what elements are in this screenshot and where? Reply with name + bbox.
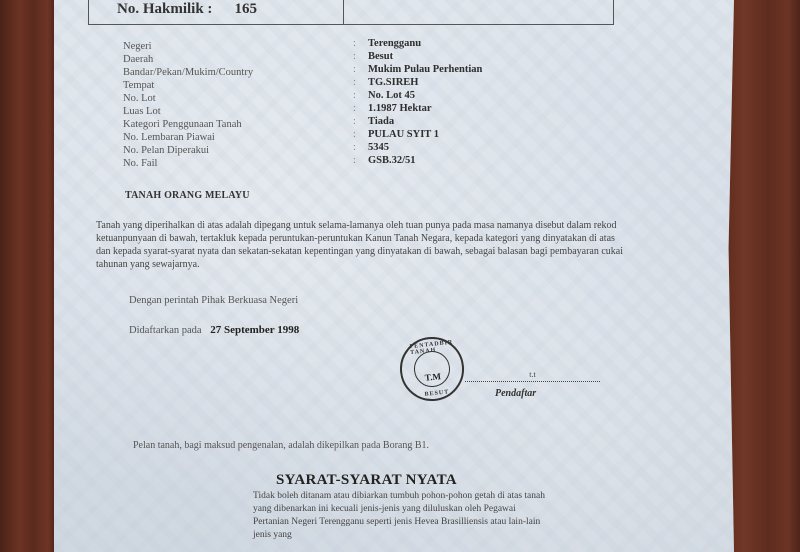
detail-value: Terengganu: [368, 38, 421, 49]
detail-row: No. Pelan Diperakui:5345: [123, 142, 543, 155]
authority-line: Dengan perintah Pihak Berkuasa Negeri: [129, 295, 298, 306]
detail-row: No. Lembaran Piawai:PULAU SYIT 1: [123, 129, 543, 142]
detail-colon: :: [353, 103, 356, 114]
detail-value: TG.SIREH: [368, 77, 418, 88]
detail-value: No. Lot 45: [368, 90, 415, 101]
detail-colon: :: [353, 90, 356, 101]
detail-colon: :: [353, 77, 356, 88]
detail-row: Daerah:Besut: [123, 51, 543, 64]
detail-row: Negeri:Terengganu: [123, 38, 543, 51]
registrar-label: Pendaftar: [495, 388, 536, 399]
detail-colon: :: [353, 38, 356, 49]
detail-colon: :: [353, 64, 356, 75]
plan-note: Pelan tanah, bagi maksud pengenalan, ada…: [133, 440, 429, 451]
detail-label: No. Fail: [123, 158, 157, 169]
title-number-value: 165: [234, 1, 257, 18]
detail-value: GSB.32/51: [368, 155, 416, 166]
detail-colon: :: [353, 155, 356, 166]
title-header-box: No. Hakmilik : 165 Cukai Tahunan : RM12.…: [88, 0, 614, 25]
detail-row: Tempat:TG.SIREH: [123, 77, 543, 90]
registration-label: Didaftarkan pada: [129, 325, 202, 336]
conditions-title: SYARAT-SYARAT NYATA: [276, 472, 457, 489]
signature-line: t.t: [465, 374, 600, 382]
stamp-top-text: PENTADBIR TANAH: [409, 339, 460, 356]
stamp-bottom-text: BESUT: [424, 389, 449, 398]
detail-value: Tiada: [368, 116, 394, 127]
annual-tax-text: Cukai Tahunan : RM12.00: [370, 0, 541, 4]
detail-row: Kategori Penggunaan Tanah:Tiada: [123, 116, 543, 129]
detail-value: Mukim Pulau Perhentian: [368, 64, 482, 75]
detail-colon: :: [353, 142, 356, 153]
detail-row: No. Lot:No. Lot 45: [123, 90, 543, 103]
registration-line: Didaftarkan pada 27 September 1998: [129, 324, 299, 336]
detail-value: 5345: [368, 142, 389, 153]
detail-colon: :: [353, 51, 356, 62]
title-number: No. Hakmilik : 165: [89, 0, 344, 24]
registration-date: 27 September 1998: [210, 324, 299, 336]
stamp-center-text: T.M: [424, 371, 441, 383]
tenure-paragraph: Tanah yang diperihalkan di atas adalah d…: [96, 219, 626, 271]
detail-colon: :: [353, 129, 356, 140]
detail-row: No. Fail:GSB.32/51: [123, 155, 543, 168]
annual-tax: Cukai Tahunan : RM12.00: [344, 0, 613, 24]
signature-mark: t.t: [529, 370, 535, 379]
title-number-label: No. Hakmilik :: [117, 1, 212, 18]
section-title: TANAH ORANG MELAYU: [125, 190, 250, 201]
detail-row: Luas Lot:1.1987 Hektar: [123, 103, 543, 116]
detail-row: Bandar/Pekan/Mukim/Country:Mukim Pulau P…: [123, 64, 543, 77]
detail-value: PULAU SYIT 1: [368, 129, 439, 140]
detail-colon: :: [353, 116, 356, 127]
detail-value: 1.1987 Hektar: [368, 103, 432, 114]
land-details: Negeri:TerengganuDaerah:BesutBandar/Peka…: [123, 38, 543, 168]
conditions-text: Tidak boleh ditanam atau dibiarkan tumbu…: [253, 490, 553, 542]
detail-value: Besut: [368, 51, 393, 62]
wooden-surface-left: [0, 0, 56, 552]
